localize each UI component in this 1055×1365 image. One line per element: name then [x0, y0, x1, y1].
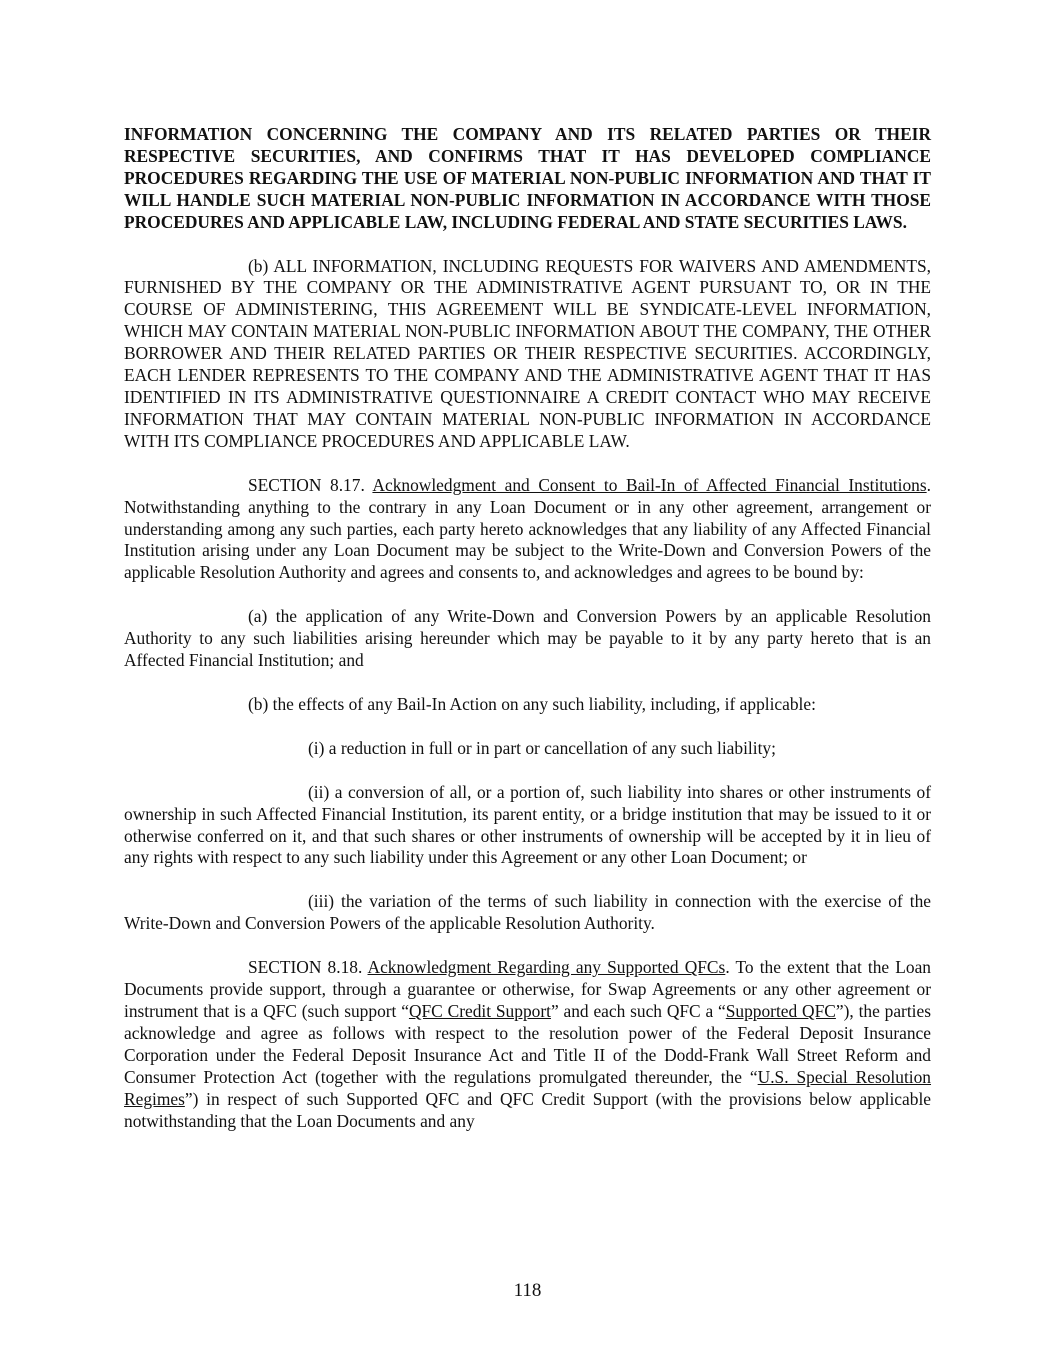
document-page: INFORMATION CONCERNING THE COMPANY AND I…	[124, 124, 931, 1154]
paragraph-b-syndicate-info: (b) ALL INFORMATION, INCLUDING REQUESTS …	[124, 256, 931, 453]
section-8-17: SECTION 8.17. Acknowledgment and Consent…	[124, 475, 931, 585]
clause-iii: (iii) the variation of the terms of such…	[124, 891, 931, 935]
clause-b: (b) the effects of any Bail-In Action on…	[124, 694, 931, 716]
section-8-18: SECTION 8.18. Acknowledgment Regarding a…	[124, 957, 931, 1132]
defined-term-qfc-credit-support: QFC Credit Support	[409, 1001, 551, 1021]
clause-i: (i) a reduction in full or in part or ca…	[124, 738, 931, 760]
section-body-part: ”) in respect of such Supported QFC and …	[124, 1089, 931, 1131]
clause-a: (a) the application of any Write-Down an…	[124, 606, 931, 672]
section-heading: Acknowledgment and Consent to Bail-In of…	[372, 475, 926, 495]
section-heading: Acknowledgment Regarding any Supported Q…	[368, 957, 726, 977]
defined-term-supported-qfc: Supported QFC	[726, 1001, 836, 1021]
section-number: SECTION 8.18.	[248, 957, 368, 977]
paragraph-confidentiality-caps: INFORMATION CONCERNING THE COMPANY AND I…	[124, 124, 931, 234]
section-number: SECTION 8.17.	[248, 475, 372, 495]
section-body-part: ” and each such QFC a “	[551, 1001, 726, 1021]
page-number: 118	[0, 1280, 1055, 1302]
clause-ii: (ii) a conversion of all, or a portion o…	[124, 782, 931, 870]
